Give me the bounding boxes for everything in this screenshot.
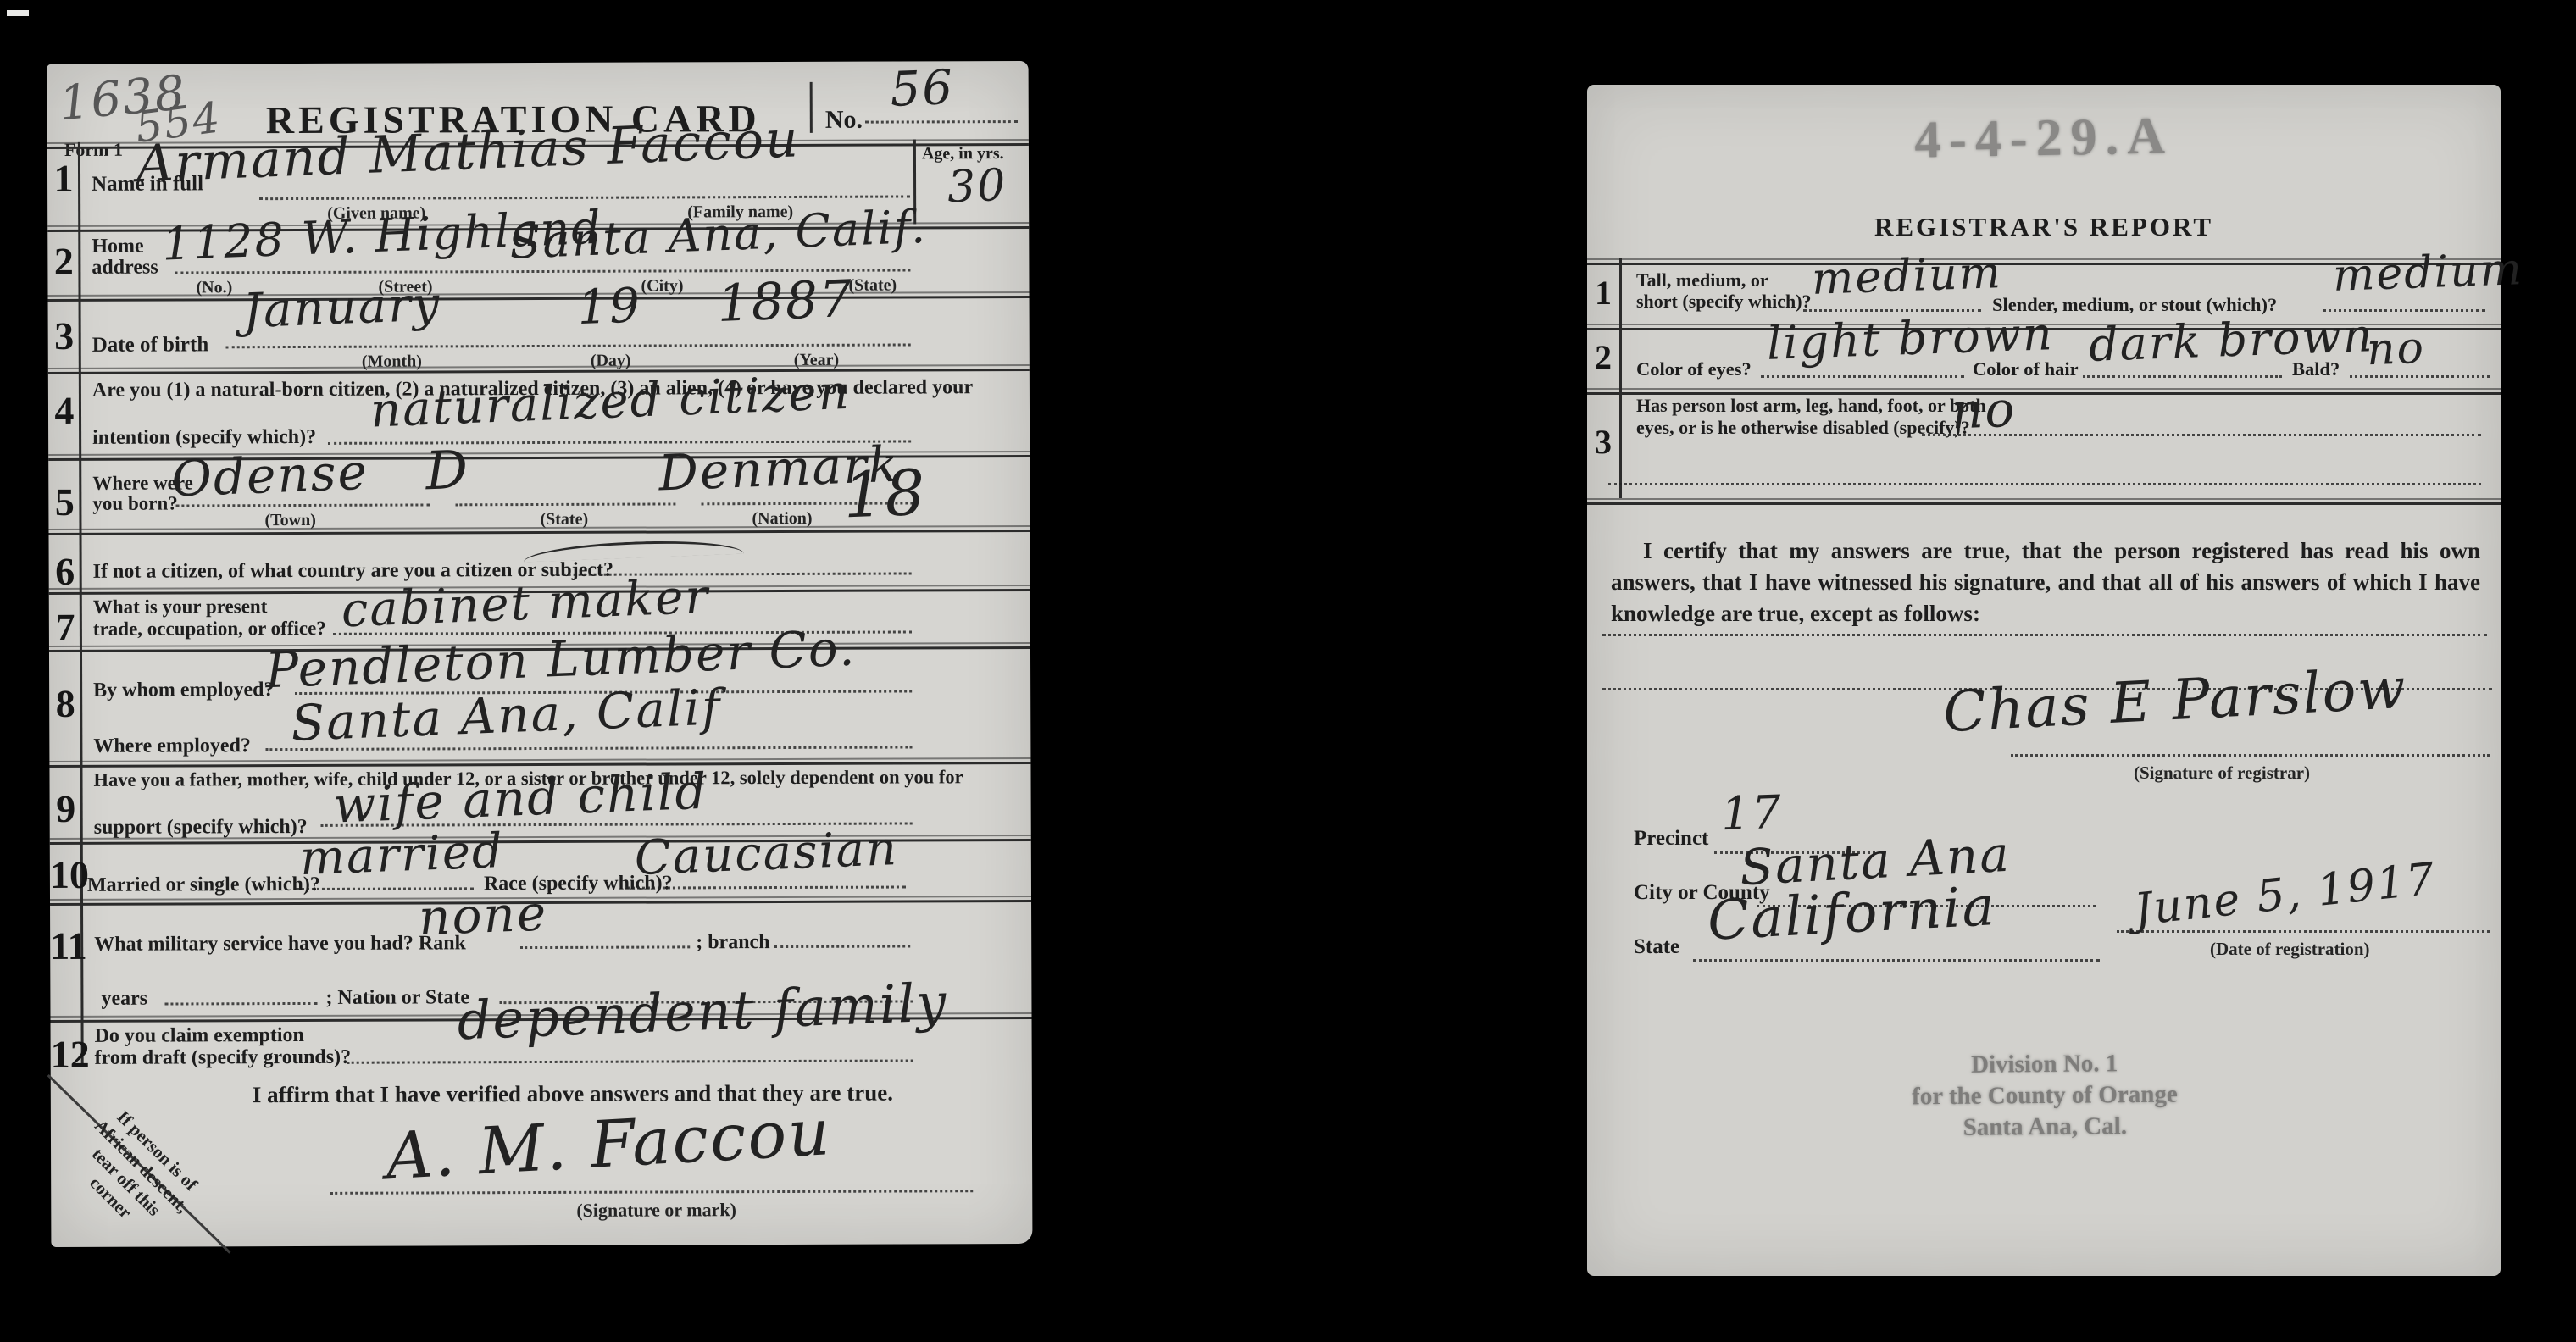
dotted-line <box>1761 375 1964 378</box>
employed-where-label: Where employed? <box>93 735 251 758</box>
dotted-line <box>347 1059 913 1063</box>
dependents-question-line2: support (specify which)? <box>94 816 308 840</box>
registration-no-label: No. <box>825 106 863 135</box>
dotted-line <box>1608 483 2481 485</box>
born-state-value: D <box>425 438 470 502</box>
birth-day-value: 19 <box>576 278 642 335</box>
row-number: 4 <box>48 388 80 433</box>
row-number: 7 <box>49 605 81 650</box>
exemption-label-line2: from draft (specify grounds)? <box>95 1046 352 1070</box>
exemption-label-line1: Do you claim exemption <box>95 1024 304 1048</box>
row-rule <box>48 364 1030 374</box>
address-label: address <box>92 257 158 280</box>
name-value: Armand Mathias Faccou <box>136 109 801 194</box>
trade-label-line2: trade, occupation, or office? <box>93 618 326 640</box>
build-label-line2: short (specify which)? <box>1636 291 1812 313</box>
report-title: REGISTRAR'S REPORT <box>1587 212 2501 242</box>
dotted-line <box>164 1002 317 1006</box>
employer-label: By whom employed? <box>93 679 274 702</box>
race-value: Caucasian <box>634 821 899 886</box>
disabled-label-line1: Has person lost arm, leg, hand, foot, or… <box>1636 395 1986 417</box>
date-of-birth-label: Date of birth <box>92 333 209 357</box>
row-number: 1 <box>47 156 80 201</box>
dotted-line <box>175 503 430 507</box>
home-label: Home <box>92 236 143 258</box>
date-stamp: 4-4-29.A <box>1586 101 2501 177</box>
row-number: 5 <box>48 480 80 524</box>
married-value: married <box>299 823 505 886</box>
dotted-line <box>455 502 675 506</box>
disabled-label-line2: eyes, or is he otherwise disabled (speci… <box>1636 417 1970 439</box>
division-stamp-line: Santa Ana, Cal. <box>1706 1109 2384 1146</box>
dotted-line <box>1922 434 2481 436</box>
birth-year-value: 1887 <box>716 269 854 334</box>
row-rule <box>48 291 1030 302</box>
row-number: 9 <box>50 786 82 831</box>
dotted-line <box>865 120 1018 124</box>
row-number: 8 <box>49 681 81 726</box>
row-number: 12 <box>51 1032 83 1077</box>
division-stamp: Division No. 1 for the County of Orange … <box>1706 1046 2384 1146</box>
military-nation-label: ; Nation or State <box>325 986 469 1010</box>
row-number: 3 <box>1587 422 1619 462</box>
registrar-signature-caption: (Signature of registrar) <box>2134 762 2310 784</box>
dotted-line <box>259 195 910 200</box>
date-of-registration-caption: (Date of registration) <box>2210 939 2370 960</box>
registration-no-value: 56 <box>889 60 955 118</box>
registrant-signature: A. M. Faccou <box>384 1094 833 1194</box>
dotted-line <box>1693 959 2100 962</box>
birth-month-value: January <box>241 276 441 339</box>
row-number: 11 <box>50 923 82 968</box>
citizen-answer-value: naturalized citizen <box>369 365 852 439</box>
african-descent-corner-note: If person is of African descent, tear of… <box>36 1077 230 1271</box>
married-label: Married or single (which)? <box>87 873 320 897</box>
trade-label-line1: What is your present <box>93 596 268 618</box>
row-number: 1 <box>1587 273 1619 313</box>
build-label-line1: Tall, medium, or <box>1636 269 1768 291</box>
hair-label: Color of hair <box>1973 358 2079 380</box>
dotted-line <box>2083 375 2282 378</box>
eyes-label: Color of eyes? <box>1636 358 1752 380</box>
military-rank-value: none <box>418 884 548 946</box>
military-branch-label: ; branch <box>696 931 769 954</box>
bald-value: no <box>2366 323 2426 375</box>
registrar-signature: Chas E Parslow <box>1941 656 2408 746</box>
row-number: 10 <box>50 852 82 897</box>
precinct-label: Precinct <box>1634 827 1708 851</box>
dotted-line <box>520 945 690 949</box>
disabled-value: no <box>1951 380 2018 441</box>
born-town-value: Odense <box>170 443 369 508</box>
not-citizen-value: 18 <box>842 457 928 533</box>
number-box-divider <box>810 82 813 133</box>
stout-value: medium <box>2332 244 2524 302</box>
build-value: medium <box>1811 247 2003 305</box>
registrar-certification-text: I certify that my answers are true, that… <box>1611 535 2480 629</box>
dotted-line <box>2011 754 2490 757</box>
state-label: State <box>1634 935 1679 959</box>
dotted-line <box>226 343 911 348</box>
signature-caption: (Signature or mark) <box>576 1199 736 1222</box>
row-number: 2 <box>1587 337 1619 377</box>
row-rule <box>1587 388 2501 395</box>
age-value: 30 <box>947 160 1008 213</box>
scanner-artifact <box>7 10 29 16</box>
dotted-line <box>626 885 906 889</box>
military-rank-label: What military service have you had? Rank <box>94 932 466 957</box>
registrars-report-back: 4-4-29.A REGISTRAR'S REPORT 1 Tall, medi… <box>1587 85 2501 1276</box>
born-label-line2: you born? <box>92 492 177 514</box>
dotted-line <box>2350 375 2490 378</box>
section-rule <box>1587 498 2501 505</box>
scanned-document-background: 1638 Form 1 554 REGISTRATION CARD No. 56… <box>0 0 2576 1342</box>
row-number: 2 <box>47 239 80 284</box>
handwritten-dash-stroke <box>523 538 744 563</box>
date-of-registration-value: June 5, 1917 <box>2132 853 2439 935</box>
dotted-line <box>1602 634 2487 636</box>
precinct-value: 17 <box>1720 785 1784 840</box>
dotted-line <box>774 945 910 948</box>
row-number-column-rule <box>1619 258 1622 498</box>
exemption-value: dependent family <box>456 971 948 1051</box>
registration-card-front: 1638 Form 1 554 REGISTRATION CARD No. 56… <box>47 61 1033 1247</box>
military-years-label: years <box>101 988 147 1011</box>
bald-label: Bald? <box>2292 358 2340 380</box>
dotted-line <box>2117 930 2490 933</box>
row-number: 3 <box>48 313 80 358</box>
